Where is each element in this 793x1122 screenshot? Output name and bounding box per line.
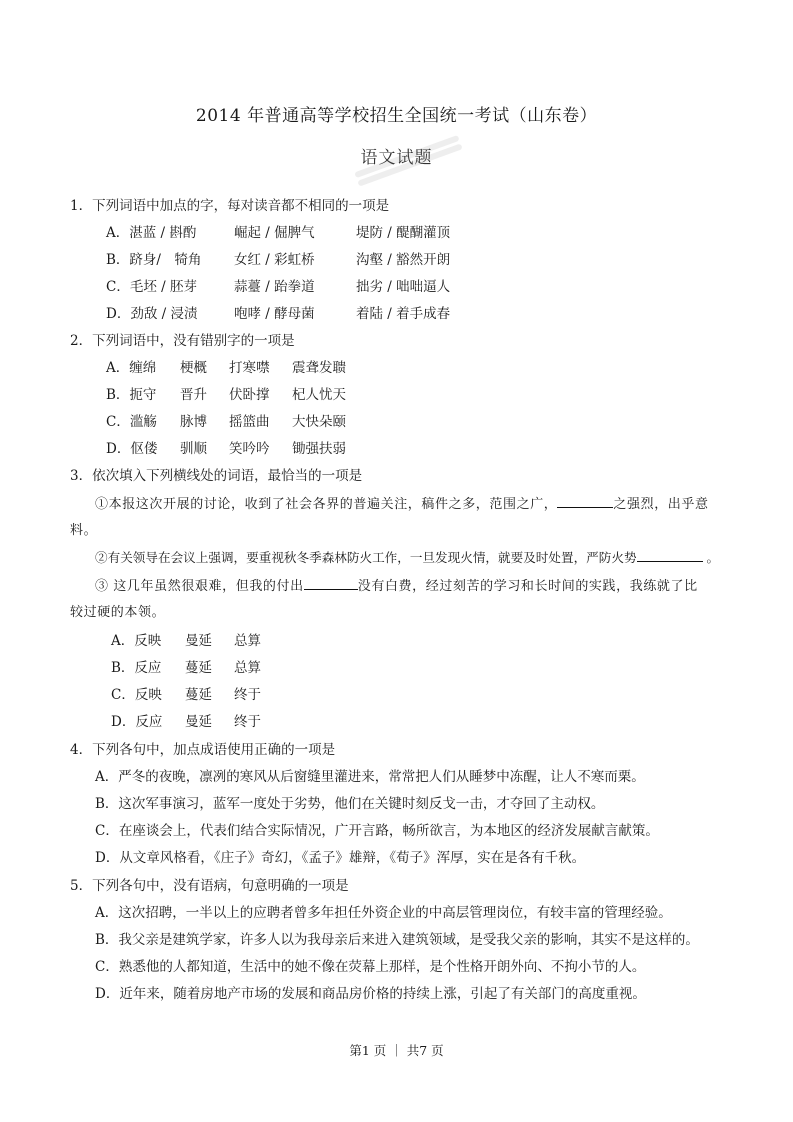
q1-option-d: D．劲敌 / 浸渍 <box>106 304 197 324</box>
page-title: 2014 年普通高等学校招生全国统一考试（山东卷） <box>0 101 793 126</box>
question-3-stem: 3．依次填入下列横线处的词语，最恰当的一项是 <box>70 466 362 486</box>
q5-option-c: C．熟悉他的人都知道，生活中的她不像在荧幕上那样，是个性格开朗外向、不拘小节的人… <box>95 957 645 977</box>
q1-option-c: C．毛坯 / 胚芽 <box>106 277 197 297</box>
q4-option-d: D．从文章风格看，《庄子》奇幻，《孟子》雄辩，《荀子》浑厚，实在是各有千秋。 <box>95 848 585 868</box>
q4-option-b: B．这次军事演习，蓝军一度处于劣势，他们在关键时刻反戈一击，才夺回了主动权。 <box>95 794 604 814</box>
fill-blank-2[interactable] <box>637 548 703 562</box>
question-4-stem: 4．下列各句中，加点成语使用正确的一项是 <box>70 740 335 760</box>
q3-d-col2: 曼延 <box>185 712 212 732</box>
q1-a-col3: 堤防 / 醍醐灌顶 <box>356 223 450 243</box>
q2-b-col4: 杞人忧天 <box>292 385 346 405</box>
q3-c-col3: 终于 <box>234 685 261 705</box>
q5-option-b: B．我父亲是建筑学家，许多人以为我母亲后来进入建筑领域，是受我父亲的影响，其实不… <box>95 930 699 950</box>
q3-b-col2: 蔓延 <box>185 658 212 678</box>
q2-b-col2: 晋升 <box>180 385 207 405</box>
q1-c-col2: 蒜薹 / 跆拳道 <box>234 277 315 297</box>
q3-option-c: C．反映 <box>111 685 162 705</box>
q4-option-c: C．在座谈会上，代表们结合实际情况，广开言路，畅所欲言，为本地区的经济发展献言献… <box>95 821 659 841</box>
q2-c-col2: 脉博 <box>180 412 207 432</box>
q3-sentence-3-cont: 较过硬的本领。 <box>70 603 165 623</box>
watermark-logo <box>353 132 467 198</box>
q3-option-b: B．反应 <box>111 658 161 678</box>
q4-option-a: A．严冬的夜晚，凛冽的寒风从后窗缝里灌进来，常常把人们从睡梦中冻醒，让人不寒而栗… <box>95 767 645 787</box>
q3-sentence-3: ③ 这几年虽然很艰难，但我的付出没有白费，经过刻苦的学习和长时间的实践，我练就了… <box>95 576 698 597</box>
q2-option-a: A．缠绵 <box>106 358 156 378</box>
q1-c-col3: 拙劣 / 咄咄逼人 <box>356 277 450 297</box>
q3-c-col2: 蔓延 <box>185 685 212 705</box>
q2-b-col3: 伏卧撑 <box>229 385 270 405</box>
q2-option-d: D．伛偻 <box>106 439 157 459</box>
question-5-stem: 5．下列各句中，没有语病，句意明确的一项是 <box>70 876 349 896</box>
q1-a-col2: 崛起 / 倔脾气 <box>234 223 315 243</box>
q3-option-d: D．反应 <box>111 712 162 732</box>
q3-sentence-2: ②有关领导在会议上强调，要重视秋冬季森林防火工作，一旦发现火情，就要及时处置，严… <box>95 548 719 568</box>
fill-blank-3[interactable] <box>304 576 358 590</box>
q2-a-col3: 打寒噤 <box>229 358 270 378</box>
q2-option-c: C．滥觞 <box>106 412 157 432</box>
q1-option-a: A．湛蓝 / 斟酌 <box>106 223 196 243</box>
q1-b-col3: 沟壑 / 豁然开朗 <box>356 250 450 270</box>
q3-d-col3: 终于 <box>234 712 261 732</box>
q1-b-col2: 女红 / 彩虹桥 <box>234 250 315 270</box>
q3-b-col3: 总算 <box>234 658 261 678</box>
q1-d-col3: 着陆 / 着手成春 <box>356 304 450 324</box>
q3-a-col3: 总算 <box>234 631 261 651</box>
question-2-stem: 2．下列词语中，没有错别字的一项是 <box>70 331 295 351</box>
q3-option-a: A．反映 <box>111 631 161 651</box>
q5-option-d: D．近年来，随着房地产市场的发展和商品房价格的持续上涨，引起了有关部门的高度重视… <box>95 984 646 1004</box>
q3-sentence-1: ①本报这次开展的讨论，收到了社会各界的普遍关注，稿件之多，范围之广，之强烈，出乎… <box>95 494 709 515</box>
q1-d-col2: 咆哮 / 酵母菌 <box>234 304 315 324</box>
fill-blank-1[interactable] <box>557 494 613 508</box>
exam-page: 2014 年普通高等学校招生全国统一考试（山东卷） 语文试题 1．下列词语中加点… <box>0 0 793 1122</box>
q3-sentence-1-cont: 料。 <box>70 521 97 541</box>
q2-option-b: B．扼守 <box>106 385 156 405</box>
question-1-stem: 1．下列词语中加点的字，每对读音都不相同的一项是 <box>70 196 389 216</box>
page-footer: 第1 页 ｜ 共7 页 <box>0 1041 793 1059</box>
q2-d-col4: 锄强扶弱 <box>292 439 346 459</box>
q2-c-col3: 摇篮曲 <box>229 412 270 432</box>
q5-option-a: A．这次招聘，一半以上的应聘者曾多年担任外资企业的中高层管理岗位，有较丰富的管理… <box>95 903 672 923</box>
q2-a-col2: 梗概 <box>180 358 207 378</box>
q1-option-b: B．跻身/ 犄角 <box>106 250 201 270</box>
q2-a-col4: 震聋发聩 <box>292 358 346 378</box>
q2-d-col3: 笑吟吟 <box>229 439 270 459</box>
q3-a-col2: 曼延 <box>185 631 212 651</box>
q2-d-col2: 驯顺 <box>180 439 207 459</box>
q2-c-col4: 大快朵颐 <box>292 412 346 432</box>
